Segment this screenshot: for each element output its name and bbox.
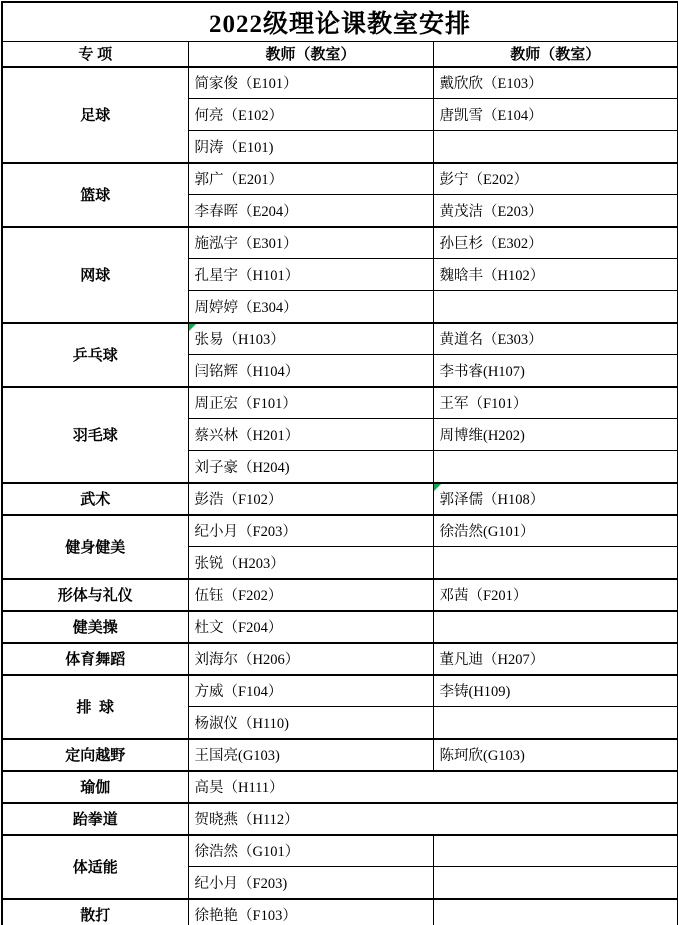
teacher-cell: 李书睿(H107) [433, 355, 678, 387]
teacher-cell: 李春晖（E204） [188, 195, 433, 227]
teacher-cell: 郭广（E201） [188, 163, 433, 195]
page-title: 2022级理论课教室安排 [2, 2, 678, 42]
teacher-cell: 施泓宇（E301） [188, 227, 433, 259]
col-header-specialty: 专 项 [2, 42, 188, 67]
teacher-cell: 张锐（H203） [188, 547, 433, 579]
empty-cell [433, 547, 678, 579]
teacher-cell: 邓茜（F201） [433, 579, 678, 611]
teacher-cell: 杜文（F204） [188, 611, 433, 643]
category-body-etiquette: 形体与礼仪 [2, 579, 188, 611]
header-row: 专 项 教师（教室） 教师（教室） [2, 42, 678, 67]
title-row: 2022级理论课教室安排 [2, 2, 678, 42]
teacher-cell: 黄茂洁（E203） [433, 195, 678, 227]
empty-cell [433, 867, 678, 899]
empty-cell [433, 899, 678, 925]
table-row: 定向越野 王国亮(G103) 陈珂欣(G103) [2, 739, 678, 771]
category-yoga: 瑜伽 [2, 771, 188, 803]
table-row: 足球 简家俊（E101） 戴欣欣（E103） [2, 67, 678, 99]
table-row: 体适能 徐浩然（G101） [2, 835, 678, 867]
teacher-cell: 徐浩然（G101） [188, 835, 433, 867]
category-martial-arts: 武术 [2, 483, 188, 515]
category-orienteering: 定向越野 [2, 739, 188, 771]
category-sanda: 散打 [2, 899, 188, 925]
teacher-cell: 周博维(H202) [433, 419, 678, 451]
teacher-cell: 刘子豪（H204) [188, 451, 433, 483]
teacher-cell: 董凡迪（H207） [433, 643, 678, 675]
teacher-cell: 张易（H103） [188, 323, 433, 355]
category-taekwondo: 跆拳道 [2, 803, 188, 835]
error-marker-icon [189, 324, 196, 331]
empty-cell [433, 611, 678, 643]
teacher-cell: 王国亮(G103) [188, 739, 433, 771]
teacher-cell: 郭泽儒（H108） [433, 483, 678, 515]
teacher-cell: 陈珂欣(G103) [433, 739, 678, 771]
category-fitness-bodybuilding: 健身健美 [2, 515, 188, 579]
empty-cell [433, 707, 678, 739]
table-row: 跆拳道 贺晓燕（H112） [2, 803, 678, 835]
teacher-cell: 伍钰（F202） [188, 579, 433, 611]
teacher-cell: 刘海尔（H206） [188, 643, 433, 675]
table-row: 乒乓球 张易（H103） 黄道名（E303） [2, 323, 678, 355]
teacher-cell: 贺晓燕（H112） [188, 803, 678, 835]
error-marker-icon [434, 484, 441, 491]
table-row: 排 球 方威（F104） 李铸(H109) [2, 675, 678, 707]
teacher-cell: 唐凯雪（E104） [433, 99, 678, 131]
col-header-teacher-1: 教师（教室） [188, 42, 433, 67]
teacher-cell-label: 郭泽儒（H108） [440, 492, 545, 508]
table-row: 形体与礼仪 伍钰（F202） 邓茜（F201） [2, 579, 678, 611]
teacher-cell: 蔡兴林（H201） [188, 419, 433, 451]
teacher-cell: 周婷婷（E304） [188, 291, 433, 323]
teacher-cell: 闫铭辉（H104） [188, 355, 433, 387]
teacher-cell-label: 张易（H103） [195, 332, 285, 348]
teacher-cell: 徐浩然(G101） [433, 515, 678, 547]
teacher-cell: 何亮（E102） [188, 99, 433, 131]
table-row: 健美操 杜文（F204） [2, 611, 678, 643]
category-physical-fitness: 体适能 [2, 835, 188, 899]
category-basketball: 篮球 [2, 163, 188, 227]
classroom-schedule-table: 2022级理论课教室安排 专 项 教师（教室） 教师（教室） 足球 简家俊（E1… [1, 1, 678, 925]
teacher-cell: 周正宏（F101） [188, 387, 433, 419]
table-row: 网球 施泓宇（E301） 孙巨杉（E302） [2, 227, 678, 259]
category-volleyball: 排 球 [2, 675, 188, 739]
empty-cell [433, 291, 678, 323]
table-row: 健身健美 纪小月（F203） 徐浩然(G101） [2, 515, 678, 547]
empty-cell [433, 835, 678, 867]
teacher-cell: 彭浩（F102） [188, 483, 433, 515]
category-tennis: 网球 [2, 227, 188, 323]
teacher-cell: 戴欣欣（E103） [433, 67, 678, 99]
category-football: 足球 [2, 67, 188, 163]
empty-cell [433, 451, 678, 483]
category-aerobics: 健美操 [2, 611, 188, 643]
teacher-cell: 孙巨杉（E302） [433, 227, 678, 259]
teacher-cell: 纪小月（F203) [188, 867, 433, 899]
category-sports-dance: 体育舞蹈 [2, 643, 188, 675]
col-header-teacher-2: 教师（教室） [433, 42, 678, 67]
table-row: 散打 徐艳艳（F103） [2, 899, 678, 925]
teacher-cell: 高昊（H111） [188, 771, 678, 803]
teacher-cell: 方威（F104） [188, 675, 433, 707]
table-row: 武术 彭浩（F102） 郭泽儒（H108） [2, 483, 678, 515]
teacher-cell: 杨淑仪（H110) [188, 707, 433, 739]
table-row: 篮球 郭广（E201） 彭宁（E202） [2, 163, 678, 195]
teacher-cell: 纪小月（F203） [188, 515, 433, 547]
table-row: 羽毛球 周正宏（F101） 王军（F101） [2, 387, 678, 419]
teacher-cell: 徐艳艳（F103） [188, 899, 433, 925]
category-badminton: 羽毛球 [2, 387, 188, 483]
teacher-cell: 黄道名（E303） [433, 323, 678, 355]
teacher-cell: 王军（F101） [433, 387, 678, 419]
table-row: 体育舞蹈 刘海尔（H206） 董凡迪（H207） [2, 643, 678, 675]
teacher-cell: 孔星宇（H101） [188, 259, 433, 291]
teacher-cell: 彭宁（E202） [433, 163, 678, 195]
category-table-tennis: 乒乓球 [2, 323, 188, 387]
teacher-cell: 李铸(H109) [433, 675, 678, 707]
empty-cell [433, 131, 678, 163]
teacher-cell: 魏晗丰（H102） [433, 259, 678, 291]
teacher-cell: 阴涛（E101) [188, 131, 433, 163]
teacher-cell: 简家俊（E101） [188, 67, 433, 99]
table-row: 瑜伽 高昊（H111） [2, 771, 678, 803]
